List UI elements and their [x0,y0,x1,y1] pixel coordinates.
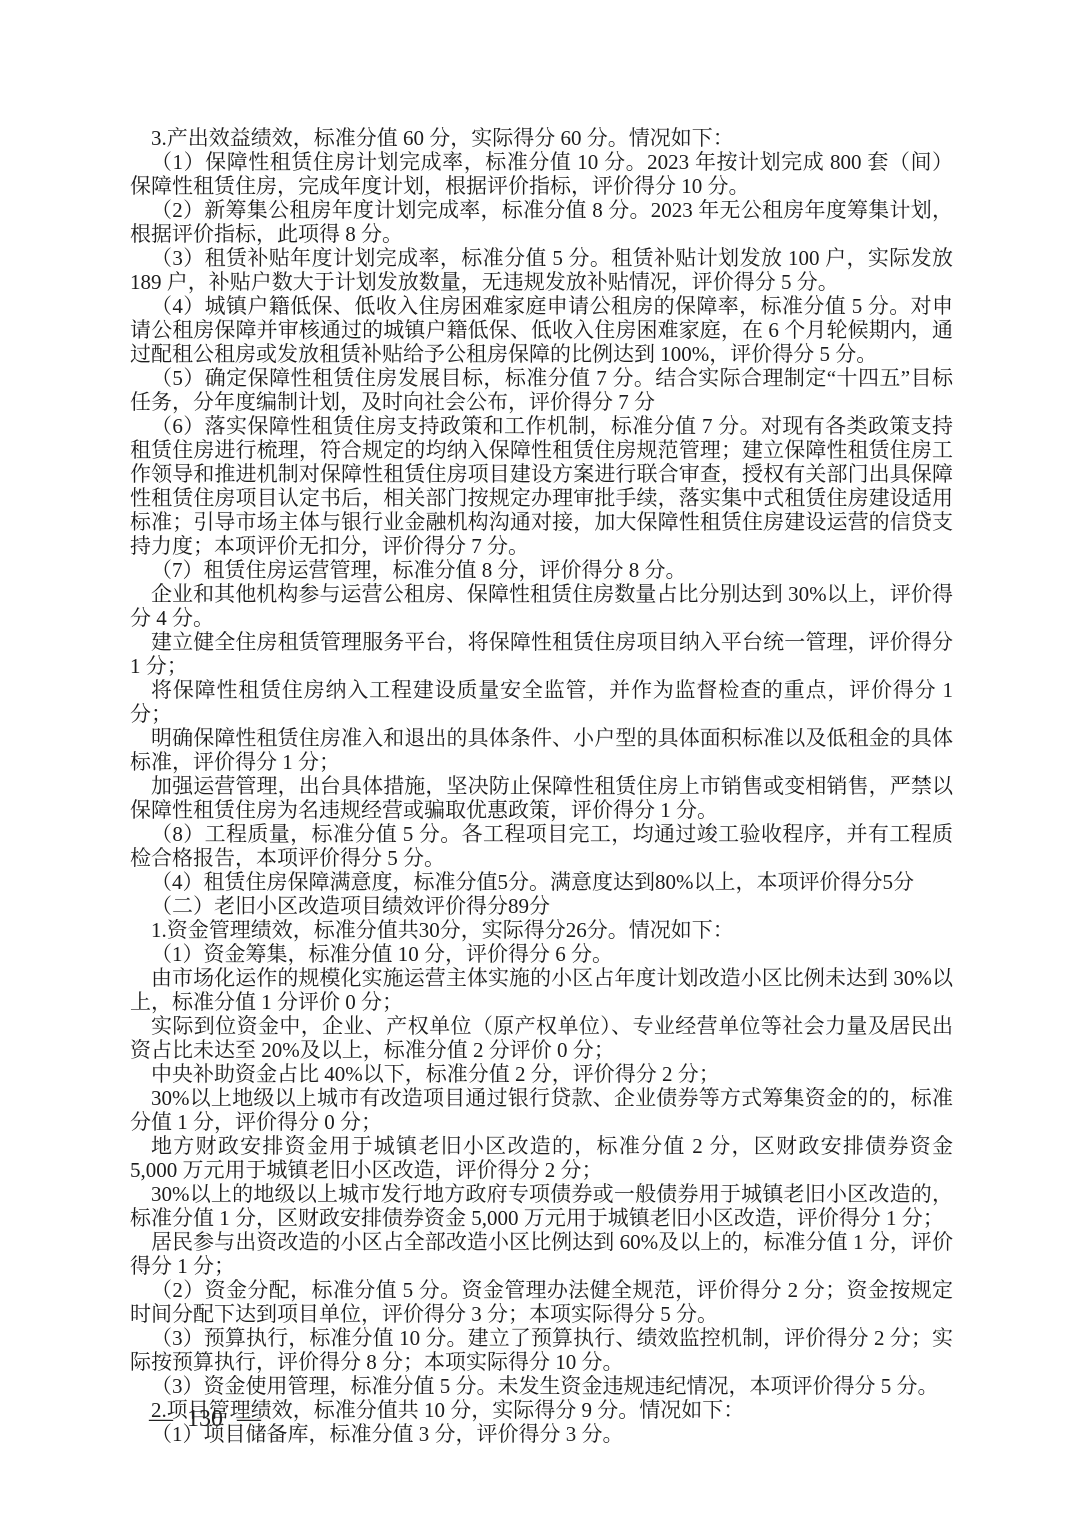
paragraph: （1）保障性租赁住房计划完成率，标准分值 10 分。2023 年按计划完成 80… [130,150,953,198]
paragraph: 1.资金管理绩效，标准分值共30分，实际得分26分。情况如下： [130,918,953,942]
paragraph: （3）预算执行，标准分值 10 分。建立了预算执行、绩效监控机制，评价得分 2 … [130,1326,953,1374]
paragraph: （3）资金使用管理，标准分值 5 分。未发生资金违规违纪情况，本项评价得分 5 … [130,1374,953,1398]
paragraph: 中央补助资金占比 40%以下，标准分值 2 分，评价得分 2 分； [130,1062,953,1086]
paragraph: 加强运营管理，出台具体措施，坚决防止保障性租赁住房上市销售或变相销售，严禁以保障… [130,774,953,822]
paragraph: 将保障性租赁住房纳入工程建设质量安全监管，并作为监督检查的重点，评价得分 1 分… [130,678,953,726]
paragraph: （4）租赁住房保障满意度，标准分值5分。满意度达到80%以上，本项评价得分5分 [130,870,953,894]
paragraph: （5）确定保障性租赁住房发展目标，标准分值 7 分。结合实际合理制定“十四五”目… [130,366,953,414]
page-number: — 130 — [149,1404,261,1434]
paragraph: 建立健全住房租赁管理服务平台，将保障性租赁住房项目纳入平台统一管理，评价得分 1… [130,630,953,678]
paragraph: （2）资金分配，标准分值 5 分。资金管理办法健全规范，评价得分 2 分；资金按… [130,1278,953,1326]
document-body: 3.产出效益绩效，标准分值 60 分，实际得分 60 分。情况如下： （1）保障… [130,126,953,1446]
paragraph: （4）城镇户籍低保、低收入住房困难家庭申请公租房的保障率，标准分值 5 分。对申… [130,294,953,366]
paragraph: （1）资金筹集，标准分值 10 分，评价得分 6 分。 [130,942,953,966]
paragraph: （6）落实保障性租赁住房支持政策和工作机制，标准分值 7 分。对现有各类政策支持… [130,414,953,558]
paragraph: 3.产出效益绩效，标准分值 60 分，实际得分 60 分。情况如下： [130,126,953,150]
paragraph: 30%以上的地级以上城市发行地方政府专项债券或一般债券用于城镇老旧小区改造的，标… [130,1182,953,1230]
paragraph: 企业和其他机构参与运营公租房、保障性租赁住房数量占比分别达到 30%以上，评价得… [130,582,953,630]
paragraph: （2）新筹集公租房年度计划完成率，标准分值 8 分。2023 年无公租房年度筹集… [130,198,953,246]
paragraph: （3）租赁补贴年度计划完成率，标准分值 5 分。租赁补贴计划发放 100 户，实… [130,246,953,294]
paragraph: 由市场化运作的规模化实施运营主体实施的小区占年度计划改造小区比例未达到 30%以… [130,966,953,1014]
section-heading: （二）老旧小区改造项目绩效评价得分89分 [130,894,953,918]
paragraph: 明确保障性租赁住房准入和退出的具体条件、小户型的具体面积标准以及低租金的具体标准… [130,726,953,774]
paragraph: 地方财政安排资金用于城镇老旧小区改造的，标准分值 2 分，区财政安排债券资金 5… [130,1134,953,1182]
paragraph: 实际到位资金中，企业、产权单位（原产权单位）、专业经营单位等社会力量及居民出资占… [130,1014,953,1062]
document-page: 3.产出效益绩效，标准分值 60 分，实际得分 60 分。情况如下： （1）保障… [0,0,1074,1520]
paragraph: 30%以上地级以上城市有改造项目通过银行贷款、企业债券等方式筹集资金的的，标准分… [130,1086,953,1134]
paragraph: 居民参与出资改造的小区占全部改造小区比例达到 60%及以上的，标准分值 1 分，… [130,1230,953,1278]
paragraph: （7）租赁住房运营管理，标准分值 8 分，评价得分 8 分。 [130,558,953,582]
paragraph: （8）工程质量，标准分值 5 分。各工程项目完工，均通过竣工验收程序，并有工程质… [130,822,953,870]
